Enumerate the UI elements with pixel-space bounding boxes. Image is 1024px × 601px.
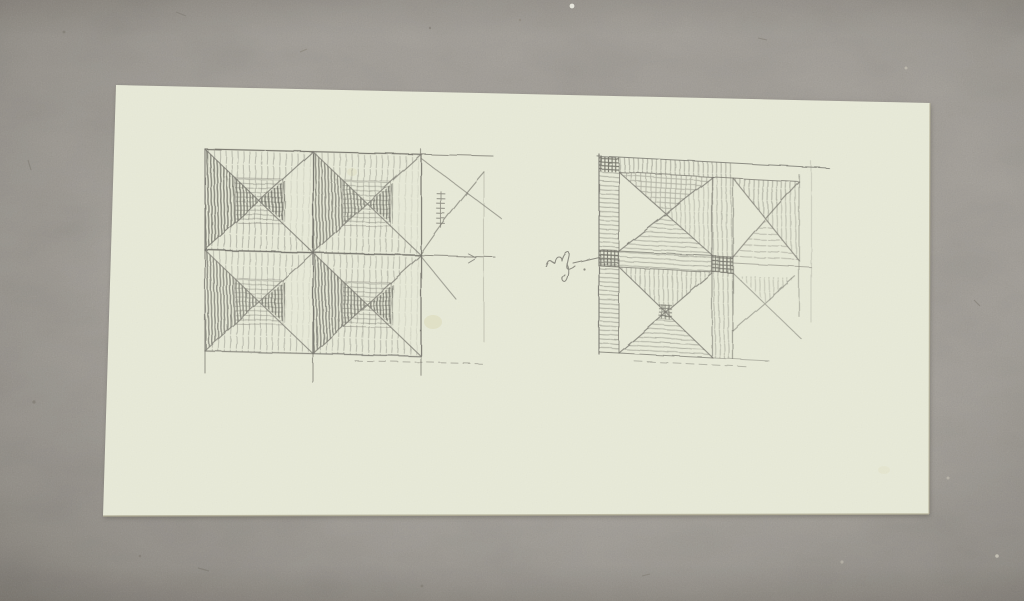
scene-svg <box>0 0 1024 601</box>
photograph <box>0 0 1024 601</box>
